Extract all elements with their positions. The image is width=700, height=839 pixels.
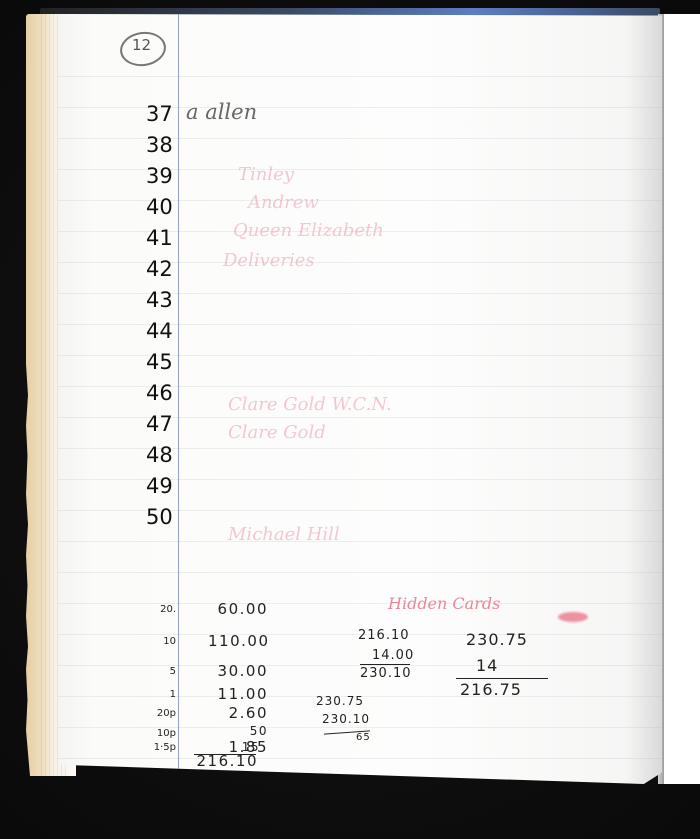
cash-denomination: 20. [140,604,176,615]
calc-sub-a: 230.75 [466,630,528,649]
cash-amount: 2.60 [208,704,268,722]
calc-sum-line [360,664,410,665]
show-through-text: Deliveries [223,250,315,271]
red-ink-smudge [558,612,588,622]
entry-number: 46 [146,381,178,405]
entry-number: 48 [146,443,178,467]
calc-sum-b: 14.00 [372,648,414,663]
scan-background: 12 Tinley Andrew Queen Elizabeth Deliver… [0,0,700,839]
cash-denomination: 1 [140,689,176,700]
cash-denomination: 5 [140,666,176,677]
show-through-text: Tinley [238,164,294,185]
ruled-line [58,541,662,542]
ruled-line [58,76,662,77]
show-through-text: Clare Gold W.C.N. [228,394,392,415]
cash-denomination: 1·5p [140,742,176,753]
calc-sum-a: 216.10 [358,628,410,643]
calc-diff-a: 230.75 [316,694,364,708]
margin-line [178,14,179,772]
entry-number: 43 [146,288,178,312]
cash-denomination: 10p [140,728,176,739]
entry-number: 37 [146,102,178,126]
entry-number: 44 [146,319,178,343]
cash-amount: 11.00 [208,685,268,703]
entry-number: 38 [146,133,178,157]
cash-amount: 60.00 [208,600,268,618]
entry-number: 41 [146,226,178,250]
ruled-line [58,572,662,573]
page-number: 12 [132,36,151,54]
calc-sum-result: 230.10 [360,666,412,681]
calc-sub-b: 14 [476,656,498,675]
calc-diff-b: 230.10 [322,712,370,726]
entry-number: 40 [146,195,178,219]
cash-amount: 50 [208,724,268,738]
entry-number: 39 [146,164,178,188]
calc-sub-line [456,678,548,679]
show-through-text: Andrew [248,192,319,213]
calc-diff-result: 65 [356,732,371,743]
entry-number: 42 [146,257,178,281]
cash-total: 216.10 [188,752,258,770]
entry-number: 50 [146,505,178,529]
entry-number: 47 [146,412,178,436]
cash-denomination: 20p [140,708,176,719]
right-background [664,14,700,784]
ruled-line [58,758,662,759]
notebook-page: 12 Tinley Andrew Queen Elizabeth Deliver… [58,14,662,784]
cash-denomination: 10 [140,636,176,647]
cash-amount: 30.00 [208,662,268,680]
cash-amount: 110.00 [208,632,268,650]
show-through-text: Clare Gold [228,422,326,443]
calc-sub-result: 216.75 [460,680,522,699]
entry-number: 45 [146,350,178,374]
entry-name: a allen [186,100,257,124]
entry-number: 49 [146,474,178,498]
